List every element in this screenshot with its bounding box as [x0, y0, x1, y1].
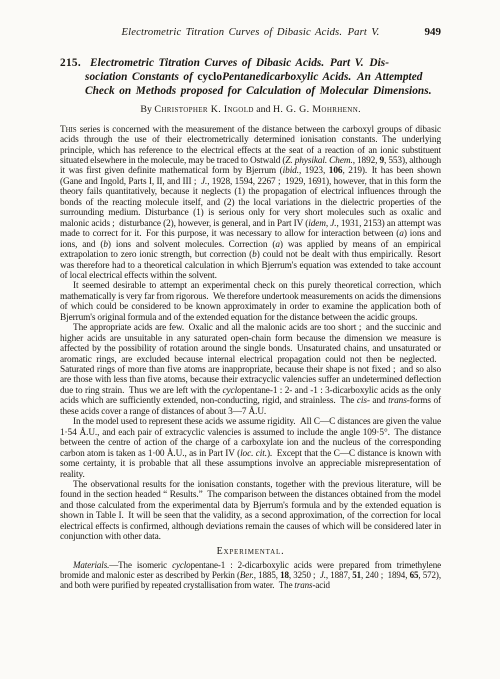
text-segment: and: [370, 396, 388, 406]
text-segment: Check on Methods proposed for Calculatio…: [85, 85, 432, 97]
running-header-title: Electrometric Titration Curves of Dibasi…: [122, 27, 380, 38]
page-number: 949: [425, 26, 442, 38]
text-segment: It seemed desirable to attempt an experi…: [60, 281, 441, 322]
text-segment: cyclo: [222, 386, 241, 396]
text-segment: Z. physikal. Chem.: [285, 156, 352, 166]
text-segment: , 1923,: [299, 166, 329, 176]
text-segment: his: [66, 125, 77, 135]
experimental-heading: Experimental.: [60, 546, 441, 558]
paragraph: It seemed desirable to attempt an experi…: [60, 281, 441, 323]
text-segment: and: [254, 104, 273, 115]
paragraph: The observational results for the ionisa…: [60, 480, 441, 543]
text-segment: 106: [329, 166, 343, 176]
article-title: 215.Electrometric Titration Curves of Di…: [60, 56, 441, 99]
text-segment: 18: [280, 570, 289, 580]
text-segment: trans: [294, 580, 312, 590]
text-segment: By: [140, 104, 154, 115]
text-segment: ibid.: [283, 166, 299, 176]
running-header: Electrometric Titration Curves of Dibasi…: [60, 27, 441, 39]
text-segment: , 240 ; 1894,: [361, 570, 410, 580]
text-segment: cyclo: [172, 560, 191, 570]
text-segment: Pentanedicarboxylic Acids. An Attempted: [222, 71, 422, 83]
text-segment: Christopher K. Ingold: [154, 104, 253, 115]
text-segment: —The isomeric: [109, 560, 172, 570]
experimental-body: Materials.—The isomeric cyclopentane-1 :…: [60, 560, 441, 591]
text-segment: .: [358, 104, 360, 115]
text-segment: cyclo: [197, 71, 222, 83]
text-segment: Electrometric Titration Curves of Dibasi…: [90, 57, 389, 69]
text-segment: Electrometric Titration Curves of Dibasi…: [122, 27, 380, 38]
paragraph: In the model used to represent these aci…: [60, 417, 441, 480]
title-line-2: sociation Constants of cycloPentanedicar…: [85, 70, 441, 84]
text-segment: loc. cit.: [240, 449, 267, 459]
text-segment: Materials.: [73, 560, 109, 570]
text-segment: -acid: [312, 580, 330, 590]
text-segment: cis-: [357, 396, 370, 406]
text-segment: trans-: [388, 396, 410, 406]
text-segment: Ber.: [240, 570, 254, 580]
text-segment: idem, J.: [308, 219, 336, 229]
paragraph: Materials.—The isomeric cyclopentane-1 :…: [60, 560, 441, 591]
text-segment: 51: [352, 570, 361, 580]
title-line-1-text: Electrometric Titration Curves of Dibasi…: [90, 57, 389, 69]
text-segment: , 1885,: [254, 570, 280, 580]
title-line-1: 215.Electrometric Titration Curves of Di…: [60, 56, 441, 70]
byline: By Christopher K. Ingold and H. G. G. Mo…: [60, 104, 441, 116]
paragraph: This series is concerned with the measur…: [60, 125, 441, 282]
text-segment: , 1892,: [353, 156, 380, 166]
text-segment: , 3250 ;: [289, 570, 320, 580]
article-body: This series is concerned with the measur…: [60, 125, 441, 543]
journal-page: Electrometric Titration Curves of Dibasi…: [0, 0, 500, 679]
text-segment: sociation Constants of: [85, 71, 197, 83]
text-segment: ) ions and solvent molecules. Correction…: [108, 240, 275, 250]
paragraph: The appropriate acids are few. Oxalic an…: [60, 323, 441, 417]
title-line-3: Check on Methods proposed for Calculatio…: [85, 84, 441, 98]
text-segment: xperimental.: [223, 546, 284, 557]
text-segment: The observational results for the ionisa…: [60, 480, 441, 542]
text-segment: H. G. G. Mohrhenn: [273, 104, 358, 115]
text-segment: , 1887,: [326, 570, 352, 580]
article-number: 215.: [60, 57, 81, 69]
